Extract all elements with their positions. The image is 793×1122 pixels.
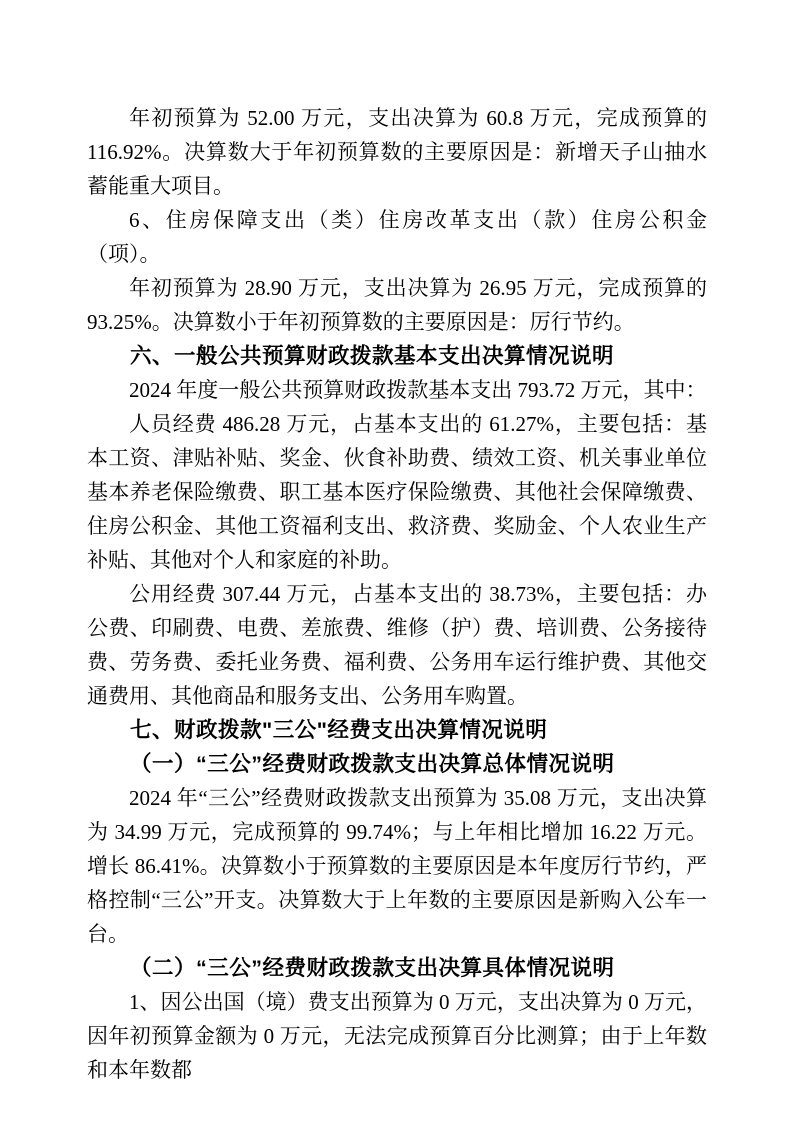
para-personnel-expenses: 人员经费 486.28 万元，占基本支出的 61.27%，主要包括：基本工资、津… <box>87 407 707 577</box>
para-basic-expenditure-total: 2024 年度一般公共预算财政拨款基本支出 793.72 万元，其中： <box>87 373 707 407</box>
heading-section6-basic-expenditure: 六、一般公共预算财政拨款基本支出决算情况说明 <box>87 339 707 373</box>
para-sangong-item1-abroad-expenses: 1、因公出国（境）费支出预算为 0 万元，支出决算为 0 万元，因年初预算金额为… <box>87 985 707 1087</box>
heading-section7-sangong-expenses: 七、财政拨款"三公"经费支出决算情况说明 <box>87 713 707 747</box>
para-item6-budget-figures: 年初预算为 28.90 万元，支出决算为 26.95 万元，完成预算的 93.2… <box>87 271 707 339</box>
heading-section7-2-specific: （二）“三公”经费财政拨款支出决算具体情况说明 <box>87 951 707 985</box>
heading-section7-1-overall: （一）“三公”经费财政拨款支出决算总体情况说明 <box>87 747 707 781</box>
document-page: 年初预算为 52.00 万元，支出决算为 60.8 万元，完成预算的 116.9… <box>0 0 793 1122</box>
para-item6-housing-subsidy-title: 6、住房保障支出（类）住房改革支出（款）住房公积金（项）。 <box>87 203 707 271</box>
para-prev-item-budget-figures: 年初预算为 52.00 万元，支出决算为 60.8 万元，完成预算的 116.9… <box>87 101 707 203</box>
document-body: 年初预算为 52.00 万元，支出决算为 60.8 万元，完成预算的 116.9… <box>87 101 707 1087</box>
para-public-operating-expenses: 公用经费 307.44 万元，占基本支出的 38.73%，主要包括：办公费、印刷… <box>87 577 707 713</box>
para-sangong-overall-figures: 2024 年“三公”经费财政拨款支出预算为 35.08 万元，支出决算为 34.… <box>87 781 707 951</box>
